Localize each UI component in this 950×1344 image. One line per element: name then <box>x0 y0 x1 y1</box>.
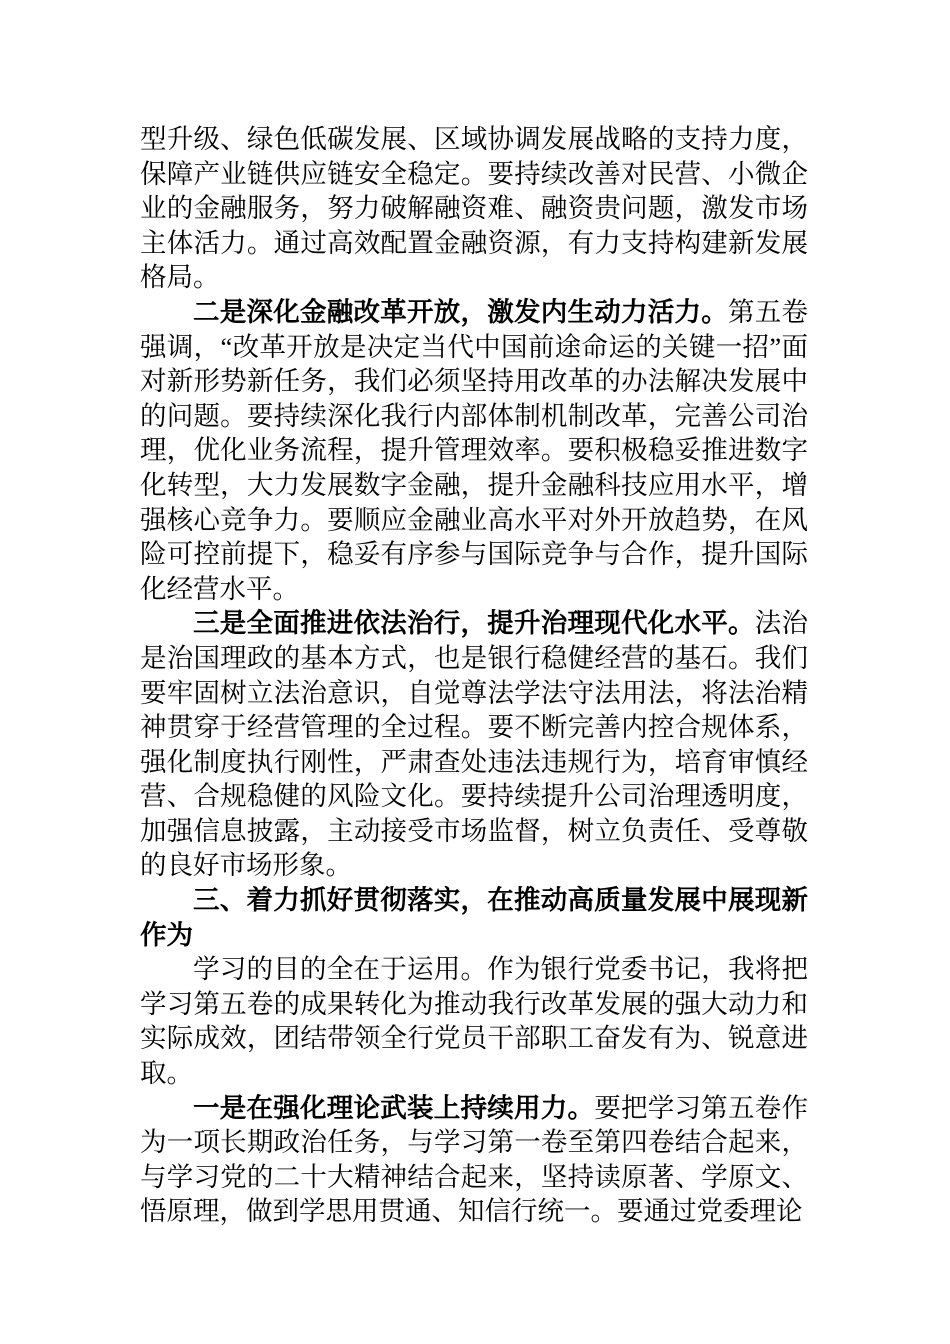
paragraph-application: 学习的目的全在于运用。作为银行党委书记，我将把学习第五卷的成果转化为推动我行改革… <box>140 952 808 1090</box>
page-text-block: 型升级、绿色低碳发展、区域协调发展战略的支持力度，保障产业链供应链安全稳定。要持… <box>140 122 808 1229</box>
paragraph-lead-bold: 二是深化金融改革开放，激发内生动力活力。 <box>193 297 728 327</box>
section-heading-text: 三、着力抓好贯彻落实，在推动高质量发展中展现新作为 <box>140 885 808 950</box>
section-heading: 三、着力抓好贯彻落实，在推动高质量发展中展现新作为 <box>140 883 808 952</box>
paragraph-continuation: 型升级、绿色低碳发展、区域协调发展战略的支持力度，保障产业链供应链安全稳定。要持… <box>140 122 808 295</box>
paragraph-text: 第五卷强调，“改革开放是决定当代中国前途命运的关键一招”面对新形势新任务，我们必… <box>140 297 808 604</box>
paragraph-text: 型升级、绿色低碳发展、区域协调发展战略的支持力度，保障产业链供应链安全稳定。要持… <box>140 124 808 292</box>
paragraph-lead-bold: 三是全面推进依法治行，提升治理现代化水平。 <box>193 608 755 638</box>
paragraph-point-one: 一是在强化理论武装上持续用力。要把学习第五卷作为一项长期政治任务，与学习第一卷至… <box>140 1091 808 1229</box>
paragraph-text: 法治是治国理政的基本方式，也是银行稳健经营的基石。我们要牢固树立法治意识，自觉尊… <box>140 608 808 880</box>
document-page: 型升级、绿色低碳发展、区域协调发展战略的支持力度，保障产业链供应链安全稳定。要持… <box>0 0 950 1344</box>
paragraph-text: 学习的目的全在于运用。作为银行党委书记，我将把学习第五卷的成果转化为推动我行改革… <box>140 954 808 1088</box>
paragraph-lead-bold: 一是在强化理论武装上持续用力。 <box>193 1093 594 1123</box>
paragraph-point-two: 二是深化金融改革开放，激发内生动力活力。第五卷强调，“改革开放是决定当代中国前途… <box>140 295 808 606</box>
paragraph-point-three: 三是全面推进依法治行，提升治理现代化水平。法治是治国理政的基本方式，也是银行稳健… <box>140 606 808 883</box>
